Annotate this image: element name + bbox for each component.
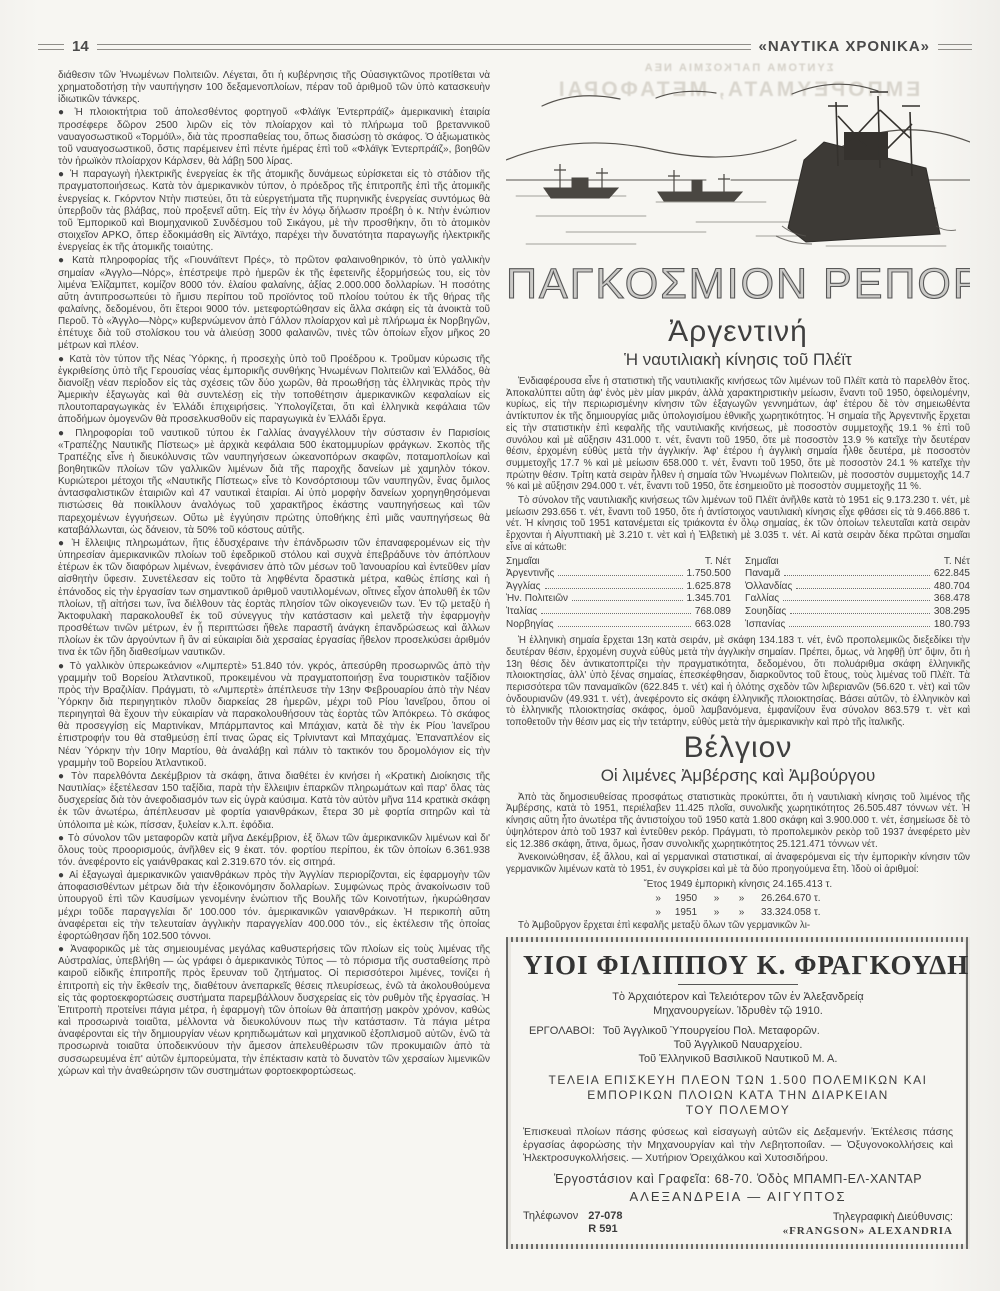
world-report-column: ΣΥΝΤΟΜΑ ΠΑΓΚΟΣΜΙΑ ΝΕΑ ΕΜΠΟΡΕΥΜΑΤΑ, ΜΕΤΑΦ… [506, 62, 970, 1284]
news-item: ● Κατὰ τὸν τύπον τῆς Νέας Ὑόρκης, ἡ προσ… [58, 354, 490, 427]
flag-name: Ἱσπανίας [745, 619, 785, 632]
news-item: ● Ἡ παραγωγὴ ἠλεκτρικῆς ἐνεργείας ἐκ τῆς… [58, 169, 490, 254]
table-row: Ἀργεντινῆς1.750.500 Παναμᾶ622.845 [506, 568, 970, 581]
net-tonnage: 180.793 [934, 619, 970, 632]
bleedthrough-text: ΣΥΝΤΟΜΑ ΠΑΓΚΟΣΜΙΑ ΝΕΑ [506, 62, 970, 74]
ad-phone-number: 27-078 [588, 1210, 622, 1223]
page-header: 14 «ΝΑΥΤΙΚΑ ΧΡΟΝΙΚΑ» [38, 38, 972, 55]
ad-banner-line: ΤΕΛΕΙΑ ΕΠΙΣΚΕΥΗ ΠΛΕΟΝ ΤΩΝ 1.500 ΠΟΛΕΜΙΚΩ… [523, 1073, 953, 1088]
ad-address-city: ΑΛΕΞΑΝΔΡΕΙΑ — ΑΙΓΥΠΤΟΣ [523, 1189, 953, 1204]
news-item: ● Ἡ πλοιοκτήτρια τοῦ ἀπολεσθέντος φορτηγ… [58, 107, 490, 168]
table-row: Νορβηγίας663.028 Ἱσπανίας180.793 [506, 619, 970, 632]
flag-name: Ἰταλίας [506, 606, 537, 619]
article-paragraph: Ἀπὸ τὰς δημοσιευθείσας προσφάτως στατιστ… [506, 792, 970, 851]
article-heading: Ἀργεντινή [506, 315, 970, 349]
news-item: ● Κατὰ πληροφορίας τῆς «Γιουνάϊτεντ Πρές… [58, 255, 490, 352]
ad-contractor: Τοῦ Ἀγγλικοῦ Ὑπουργείου Πολ. Μεταφορῶν. [603, 1024, 820, 1038]
flag-name: Ἀργεντινῆς [506, 568, 554, 581]
article-paragraph: Ἐνδιαφέρουσα εἶνε ἡ στατιστικὴ τῆς ναυτι… [506, 376, 970, 493]
column-header: T. Νέτ [705, 556, 731, 569]
ad-banner-line: ΤΟΥ ΠΟΛΕΜΟΥ [523, 1103, 953, 1118]
ad-address: Ἐργοστάσιον καὶ Γραφεῖα: 68-70. Ὁδὸς ΜΠΑ… [523, 1172, 953, 1186]
news-item: ● Ἡ ἔλλειψις πληρωμάτων, ἥτις ἐδυσχέραιν… [58, 538, 490, 660]
ad-banner-line: ΕΜΠΟΡΙΚΩΝ ΠΛΟΙΩΝ ΚΑΤΑ ΤΗΝ ΔΙΑΡΚΕΙΑΝ [523, 1088, 953, 1103]
article-subheading: Οἱ λιμένες Ἀμβέρσης καὶ Ἀμβούργου [506, 766, 970, 786]
ad-services-text: Ἐπισκευαὶ πλοίων πάσης φύσεως καὶ εἰσαγω… [523, 1126, 953, 1165]
ad-company-name: ΥΙΟΙ ΦΙΛΙΠΠΟΥ Κ. ΦΡΑΓΚΟΥΔΗ [523, 950, 953, 981]
page-number: 14 [72, 38, 89, 55]
net-tonnage: 622.845 [934, 568, 970, 581]
article-belgium: Βέλγιον Οἱ λιμένες Ἀμβέρσης καὶ Ἀμβούργο… [506, 731, 970, 932]
article-paragraph: Τὸ Ἀμβοῦργον ἔρχεται ἐπὶ κεφαλῆς μεταξὺ … [506, 920, 970, 932]
traffic-stat-line: » 1951 » » 33.324.058 τ. [506, 906, 970, 919]
net-tonnage: 368.478 [934, 593, 970, 606]
flag-name: Παναμᾶ [745, 568, 780, 581]
ad-tagline: Τὸ Ἀρχαιότερον καὶ Τελειότερον τῶν ἐν Ἀλ… [523, 991, 953, 1005]
article-paragraph: Ἀνεκοινώθησαν, ἐξ ἄλλου, καὶ αἱ γερμανικ… [506, 852, 970, 875]
traffic-stat-line: Ἔτος 1949 ἐμπορικὴ κίνησις 24.165.413 τ. [506, 878, 970, 891]
header-rule [97, 44, 751, 50]
column-header: Σημαῖαι [506, 556, 540, 569]
section-title-world-report: ΠΑΓΚΟΣΜΙΟΝ ΡΕΠΟΡΤΑΖ [506, 260, 970, 309]
flag-name: Νορβηγίας [506, 619, 554, 632]
news-item: ● Αἱ ἐξαγωγαὶ ἀμερικανικῶν γαιανθράκων π… [58, 870, 490, 943]
news-item: ● Πληροφορίαι τοῦ ναυτικοῦ τύπου ἐκ Γαλλ… [58, 428, 490, 537]
net-tonnage: 480.704 [934, 581, 970, 594]
article-paragraph: Ἡ ἑλληνικὴ σημαία ἔρχεται 13η κατὰ σειρά… [506, 635, 970, 729]
header-rule [38, 44, 64, 50]
net-tonnage: 768.089 [695, 606, 731, 619]
ad-telegraph-address: «FRANGSON» ALEXANDRIA [783, 1224, 953, 1238]
left-news-column: διάθεσιν τῶν Ἡνωμένων Πολιτειῶν. Λέγεται… [58, 70, 490, 1275]
news-item: ● Τὸ γαλλικὸν ὑπερωκεάνιον «Λιμπερτὲ» 51… [58, 661, 490, 770]
flag-tonnage-table: Σημαῖαι T. Νέτ Σημαῖαι T. Νέτ Ἀργεντινῆς… [506, 556, 970, 632]
net-tonnage: 308.295 [934, 606, 970, 619]
ad-tagline: Μηχανουργείων. Ἱδρυθὲν τῷ 1910. [523, 1005, 953, 1019]
ad-footer: Τηλέφωνον 27-078 R 591 Τηλεγραφικὴ Διεύθ… [523, 1210, 953, 1238]
flag-name: Ἀγγλίας [506, 581, 541, 594]
news-item: διάθεσιν τῶν Ἡνωμένων Πολιτειῶν. Λέγεται… [58, 70, 490, 106]
net-tonnage: 1.625.878 [687, 581, 732, 594]
advertisement-frangoudi: ΥΙΟΙ ΦΙΛΙΠΠΟΥ Κ. ΦΡΑΓΚΟΥΔΗ Τὸ Ἀρχαιότερο… [506, 937, 970, 1249]
table-row: Ἰταλίας768.089 Σουηδίας308.295 [506, 606, 970, 619]
ad-contractor: Τοῦ Ἑλληνικοῦ Βασιλικοῦ Ναυτικοῦ Μ. Α. [523, 1052, 953, 1066]
news-item: ● Τὸν παρελθόντα Δεκέμβριον τὰ σκάφη, ἅτ… [58, 771, 490, 832]
traffic-stat-line: » 1950 » » 26.264.670 τ. [506, 892, 970, 905]
ad-phone-label: Τηλέφωνον [523, 1210, 578, 1222]
net-tonnage: 1.750.500 [687, 568, 732, 581]
ad-phone-number: R 591 [588, 1223, 622, 1236]
table-row: Ἀγγλίας1.625.878 Ὁλλανδίας480.704 [506, 581, 970, 594]
ad-banner: ΤΕΛΕΙΑ ΕΠΙΣΚΕΥΗ ΠΛΕΟΝ ΤΩΝ 1.500 ΠΟΛΕΜΙΚΩ… [523, 1073, 953, 1118]
flag-name: Σουηδίας [745, 606, 786, 619]
ad-telegraph-label: Τηλεγραφικὴ Διεύθυνσις: [783, 1210, 953, 1224]
ad-contractors: ΕΡΓΟΛΑΒΟΙ: Τοῦ Ἀγγλικοῦ Ὑπουργείου Πολ. … [523, 1024, 953, 1066]
article-argentina: Ἀργεντινή Ἡ ναυτιλιακὴ κίνησις τοῦ Πλέϊτ… [506, 315, 970, 729]
column-header: Σημαῖαι [745, 556, 779, 569]
column-header: T. Νέτ [944, 556, 970, 569]
flag-name: Ἡν. Πολιτειῶν [506, 593, 568, 606]
ad-title-underline [678, 984, 798, 985]
magazine-page: { "page": { "number": "14", "masthead": … [0, 0, 1000, 1291]
ad-contractors-label: ΕΡΓΟΛΑΒΟΙ: [529, 1024, 595, 1038]
net-tonnage: 663.028 [695, 619, 731, 632]
article-heading: Βέλγιον [506, 731, 970, 765]
magazine-masthead: «ΝΑΥΤΙΚΑ ΧΡΟΝΙΚΑ» [759, 38, 931, 55]
flag-name: Ὁλλανδίας [745, 581, 792, 594]
news-item: ● Ἀναφορικῶς μὲ τὰς σημειουμένας μεγάλας… [58, 944, 490, 1078]
ad-contractor: Τοῦ Ἀγγλικοῦ Ναυαρχείου. [523, 1038, 953, 1052]
ships-illustration: ΣΥΝΤΟΜΑ ΠΑΓΚΟΣΜΙΑ ΝΕΑ ΕΜΠΟΡΕΥΜΑΤΑ, ΜΕΤΑΦ… [506, 62, 970, 258]
table-row: Ἡν. Πολιτειῶν1.345.701 Γαλλίας368.478 [506, 593, 970, 606]
table-header-row: Σημαῖαι T. Νέτ Σημαῖαι T. Νέτ [506, 556, 970, 569]
net-tonnage: 1.345.701 [687, 593, 732, 606]
header-rule [938, 44, 972, 50]
news-item: ● Τὸ σύνολον τῶν μεταφορῶν κατὰ μῆνα Δεκ… [58, 833, 490, 869]
flag-name: Γαλλίας [745, 593, 779, 606]
article-paragraph: Τὸ σύνολον τῆς ναυτιλιακῆς κινήσεως τῶν … [506, 495, 970, 554]
article-subheading: Ἡ ναυτιλιακὴ κίνησις τοῦ Πλέϊτ [506, 350, 970, 370]
harbor-sketch-image [506, 76, 970, 254]
